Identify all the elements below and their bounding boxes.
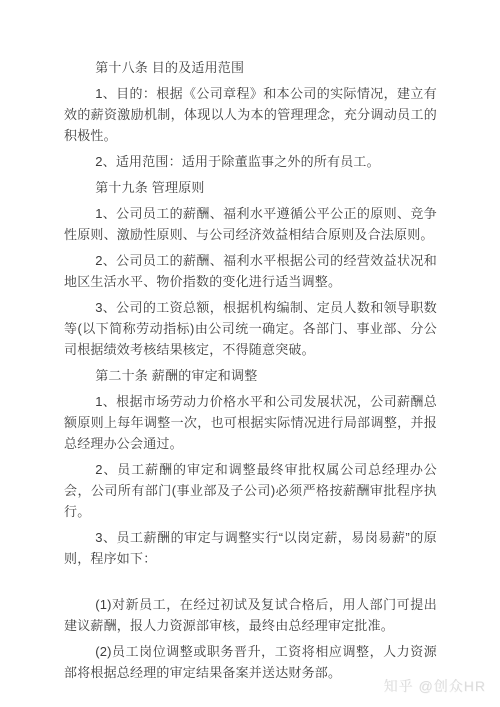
article-18-paragraph-1: 1、目的：根据《公司章程》和本公司的实际情况，建立有效的薪资激励机制，体现以人为… [64, 83, 437, 146]
article-18-heading: 第十八条 目的及适用范围 [64, 57, 437, 78]
article-19-paragraph-2: 2、公司员工的薪酬、福利水平根据公司的经营效益状况和地区生活水平、物价指数的变化… [64, 250, 437, 292]
article-19-paragraph-3: 3、公司的工资总额，根据机构编制、定员人数和领导职数等(以下简称劳动指标)由公司… [64, 297, 437, 360]
article-20-subitem-2: (2)员工岗位调整或职务晋升，工资将相应调整，人力资源部将根据总经理的审定结果备… [64, 641, 437, 683]
article-20-paragraph-2: 2、员工薪酬的审定和调整最终审批权属公司总经理办公会，公司所有部门(事业部及子公… [64, 459, 437, 522]
article-20-paragraph-1: 1、根据市场劳动力价格水平和公司发展状况，公司薪酬总额原则上每年调整一次，也可根… [64, 391, 437, 454]
article-20-subitem-1: (1)对新员工，在经过初试及复试合格后，用人部门可提出建议薪酬，报人力资源部审核… [64, 594, 437, 636]
article-19-heading: 第十九条 管理原则 [64, 177, 437, 198]
section-article-19: 第十九条 管理原则 1、公司员工的薪酬、福利水平遵循公平公正的原则、竞争性原则、… [64, 177, 437, 360]
document-page: 第十八条 目的及适用范围 1、目的：根据《公司章程》和本公司的实际情况，建立有效… [0, 0, 500, 707]
section-article-18: 第十八条 目的及适用范围 1、目的：根据《公司章程》和本公司的实际情况，建立有效… [64, 57, 437, 172]
zhihu-watermark: 知乎 @创众HR [384, 676, 486, 696]
section-article-20: 第二十条 薪酬的审定和调整 1、根据市场劳动力价格水平和公司发展状况，公司薪酬总… [64, 365, 437, 683]
article-20-paragraph-3: 3、员工薪酬的审定与调整实行“以岗定薪，易岗易薪”的原则，程序如下： [64, 527, 437, 569]
article-18-paragraph-2: 2、适用范围：适用于除董监事之外的所有员工。 [64, 151, 437, 172]
article-20-heading: 第二十条 薪酬的审定和调整 [64, 365, 437, 386]
article-19-paragraph-1: 1、公司员工的薪酬、福利水平遵循公平公正的原则、竞争性原则、激励性原则、与公司经… [64, 203, 437, 245]
